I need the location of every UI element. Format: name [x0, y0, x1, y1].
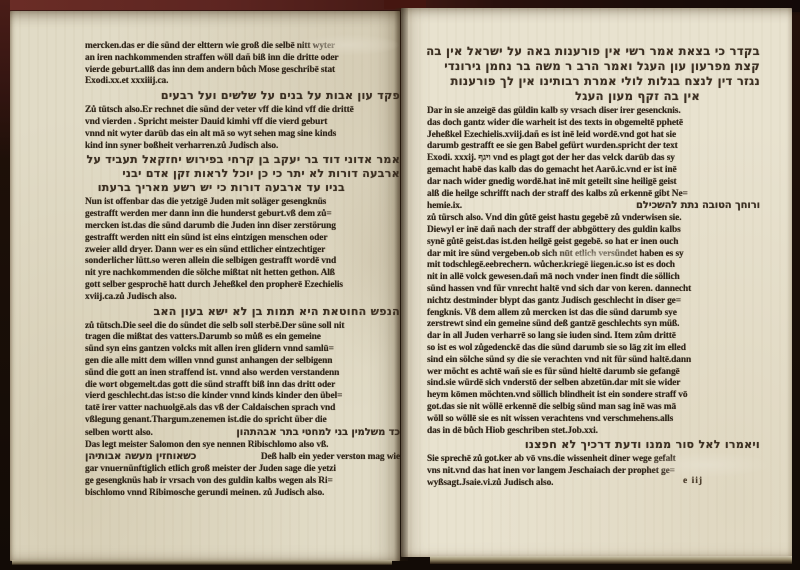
text-line: mercken.das er die sünd der elttern wie …	[85, 41, 400, 53]
text-line: dar in all Juden verharrē so lang sie iu…	[427, 331, 760, 343]
text-line: sünd hassen vnd für vnrecht haltē vnd si…	[427, 284, 760, 296]
hebrew-text-line: ארבעה דורות לא יתר כי כן יוכל לראות זקן …	[85, 167, 400, 181]
text-line: got.das sie nit wöllē erkennē die selbig…	[427, 402, 760, 414]
latin-fragment: hemie.ix.	[427, 201, 462, 213]
hebrew-passage: פקד עון אבות על בנים על שלשים ועל רבעים	[85, 89, 400, 103]
text-line: sünd syn eins gantzen volcks mit allen i…	[85, 344, 400, 356]
text-line: gen die alle mitt dem willen vnnd gunst …	[85, 356, 400, 368]
text-line: fengknis. Vß dem allem zů mercken ist da…	[427, 308, 760, 320]
text-line: nit in allē volck gewesen.dañ mā noch vn…	[427, 272, 760, 284]
blackletter-paragraph: Sie sprechē zů got.ker ab vō vns.die wis…	[427, 454, 760, 489]
text-line: zů türsch also. Vnd din gůtē geist hastu…	[427, 213, 760, 225]
text-line: gott selber gesprochē hatt durch Jeheßke…	[85, 280, 400, 292]
text-line: nichtz destminder blypt das gantz Judisc…	[427, 296, 760, 308]
text-line: das doch gantz wider die warheit ist des…	[427, 118, 760, 130]
text-line: Dar in sie anzeigē das güldin kalb sy vr…	[427, 106, 760, 118]
mixed-text-line: hemie.ix.ורוחך הטובה נתת להשכילם	[427, 200, 760, 213]
text-line: sonderlicher lütt.so weren allein die se…	[85, 256, 400, 268]
text-line: Exodi. xxxij. ויגף vnd es plagt got der …	[427, 153, 760, 165]
text-line: sünd die gott an inen straffend ist. vnn…	[85, 368, 400, 380]
text-line: vierd geschlecht.das ist:so die kinder v…	[85, 391, 400, 403]
text-line: wer möcht es achtē wañ sie es für sünd h…	[427, 367, 760, 379]
text-line: Jeheßkel Ezechielis.xviij.dañ es ist inē…	[427, 130, 760, 142]
page-stack-edge-right	[430, 556, 792, 564]
hebrew-fragment: כשאוחזין מעשה אבותיהן	[85, 451, 196, 463]
hebrew-text-line: ויאמרו לאל סור ממנו ודעת דרכיך לא חפצנו	[427, 438, 760, 452]
signature-mark: e iij	[683, 476, 703, 486]
text-line: Zů tütsch also.Er rechnet die sünd der v…	[85, 105, 400, 117]
latin-fragment: Deß halb ein yeder verston mag wie	[261, 452, 400, 464]
text-line: Das legt meister Salomon den sye nennen …	[85, 440, 400, 452]
text-line: sind ein sölche sünd sy die sie verachte…	[427, 355, 760, 367]
text-line: ge gesengknüs hab ir vrsach von des guld…	[85, 476, 400, 488]
hebrew-fragment: ורוחך הטובה נתת להשכילם	[636, 200, 760, 212]
hebrew-text-line: קצת מפרעון עון העגל ואמר הרב ר משה בר נח…	[427, 59, 760, 74]
page-left: mercken.das er die sünd der elttern wie …	[10, 11, 400, 561]
blackletter-paragraph: zů türsch also. Vnd din gůtē geist hastu…	[427, 213, 760, 437]
hebrew-fragment: כד משלמין בני למחטי בתר אבהתהון	[236, 427, 400, 439]
page-stack-edge-left	[12, 560, 392, 565]
hebrew-text-line: בקדר כי בצאת אמר רשי אין פורענות באה על …	[427, 44, 760, 59]
text-line: kind inn syner boßheit verharren.zů Judi…	[85, 141, 400, 153]
text-line: tatē irer vatter nachuolgē.als das vß de…	[85, 403, 400, 415]
text-line: bischlomo vnnd Ribimosche gerundi meinen…	[85, 488, 400, 500]
text-line: mit todschlegē.eebrechern. wůcher.kriegē…	[427, 260, 760, 272]
text-line: das in dē bůch Hiob geschriben stet.Job.…	[427, 426, 760, 438]
text-line: nit yre nachkommenden die sölche mißtat …	[85, 268, 400, 280]
text-line: gestrafft werden nitt ein sünd ist eins …	[85, 233, 400, 245]
text-line: xviij.ca.zů Judisch also.	[85, 292, 400, 304]
latin-fragment: selben wortt also.	[85, 428, 153, 440]
text-line: wyßsagt.Jsaie.vi.zů Judisch also.	[427, 478, 760, 490]
text-line: Exodi.xx.et xxxiiij.ca.	[85, 76, 400, 88]
blackletter-paragraph: Dar in sie anzeigē das güldin kalb sy vr…	[427, 106, 760, 213]
text-line: vns nit.vnd das hat inen vor langem Jesc…	[427, 466, 760, 478]
text-line: vßlegung genant.Thargum.zenemen ist.die …	[85, 415, 400, 427]
text-line: mercken ist.das die sünd darumb die Jude…	[85, 221, 400, 233]
text-line: synē gůtē geist.das ist.den heilgē geist…	[427, 237, 760, 249]
text-line: zweier alld dryer. Dann wer es ein sünd …	[85, 245, 400, 257]
text-line: zerstrewt sind ein gemeine sünd deß gant…	[427, 319, 760, 331]
hebrew-text-line: נגזר דין לנצח בגלות לולי אמרת רבותינו אי…	[427, 74, 760, 89]
hebrew-text-line: אין בה זקף מעון העגל	[427, 89, 760, 104]
book-photo: mercken.das er die sünd der elttern wie …	[0, 0, 800, 570]
hebrew-text-line: בניו עד ארבעה דורות כי יש רשע מאריך ברעת…	[85, 181, 400, 195]
text-line: Nun ist offenbar das die yetzigē Juden m…	[85, 197, 400, 209]
text-line: vierde geburt.allß das inn dem andern bů…	[85, 65, 400, 77]
mixed-text-line: selben wortt also.כד משלמין בני למחטי בת…	[85, 427, 400, 440]
text-line: vnd vierden . Spricht meister Dauid kimh…	[85, 117, 400, 129]
hebrew-text-line: הנפש החוטאת היא תמות בן לא ישא בעון האב	[85, 305, 400, 319]
page-right: בקדר כי בצאת אמר רשי אין פורענות באה על …	[401, 8, 792, 557]
page-left-text: mercken.das er die sünd der elttern wie …	[85, 41, 400, 500]
page-gutter-shadow	[394, 8, 408, 561]
blackletter-paragraph: Zů tütsch also.Er rechnet die sünd der v…	[85, 105, 400, 152]
hebrew-passage: אמר אדוני דוד בר יעקב בן קרחי בפירוש יחז…	[85, 153, 400, 195]
hebrew-text-line: פקד עון אבות על בנים על שלשים ועל רבעים	[85, 89, 400, 103]
text-line: Diewyl er inē dañ nach der straff der ab…	[427, 225, 760, 237]
blackletter-paragraph: Nun ist offenbar das die yetzigē Juden m…	[85, 197, 400, 303]
blackletter-paragraph: mercken.das er die sünd der elttern wie …	[85, 41, 400, 88]
book-cover-left-edge	[0, 0, 10, 160]
text-line: dar nach wider gnedig wordē.hat inē mit …	[427, 177, 760, 189]
text-line: wöll so wöllē sie es nit wissen verachte…	[427, 414, 760, 426]
text-line: gestrafft werden mer dann inn die hunder…	[85, 209, 400, 221]
text-line: die wort obgemelt.das gott die sünd stra…	[85, 380, 400, 392]
text-line: so ist es wol zůgedenckē das die sünd da…	[427, 343, 760, 355]
text-line: gemacht habē das kalb das do gemacht het…	[427, 165, 760, 177]
text-line: dar mit ire sünd vergeben.ob sich nūt et…	[427, 249, 760, 261]
hebrew-text-line: אמר אדוני דוד בר יעקב בן קרחי בפירוש יחז…	[85, 153, 400, 167]
page-right-text: בקדר כי בצאת אמר רשי אין פורענות באה על …	[427, 43, 760, 490]
hebrew-passage: ויאמרו לאל סור ממנו ודעת דרכיך לא חפצנו	[427, 438, 760, 452]
mixed-text-line: כשאוחזין מעשה אבותיהןDeß halb ein yeder …	[85, 451, 400, 464]
text-line: gar vnuernünftiglich etlich groß meister…	[85, 464, 400, 476]
hebrew-passage: הנפש החוטאת היא תמות בן לא ישא בעון האב	[85, 305, 400, 319]
text-line: zů tütsch.Die seel die do sündet die sel…	[85, 321, 400, 333]
text-line: heym kōmen möchten.vnd söllich blindheit…	[427, 390, 760, 402]
text-line: tragen die mißtat des vatters.Darumb so …	[85, 332, 400, 344]
hebrew-passage: בקדר כי בצאת אמר רשי אין פורענות באה על …	[427, 44, 760, 104]
text-line: sind.sie würdē sich vnderstō der selben …	[427, 378, 760, 390]
text-line: Sie sprechē zů got.ker ab vō vns.die wis…	[427, 454, 760, 466]
blackletter-paragraph: zů tütsch.Die seel die do sündet die sel…	[85, 321, 400, 500]
text-line: vnnd nit wyter darūb das ein alt mā so w…	[85, 129, 400, 141]
text-line: an iren nachkommenden straffen wöll dañ …	[85, 53, 400, 65]
text-line: darumb gestrafft ee sie gen Babel gefürt…	[427, 141, 760, 153]
text-line: alß die heilge schrifft nach der straff …	[427, 189, 760, 201]
